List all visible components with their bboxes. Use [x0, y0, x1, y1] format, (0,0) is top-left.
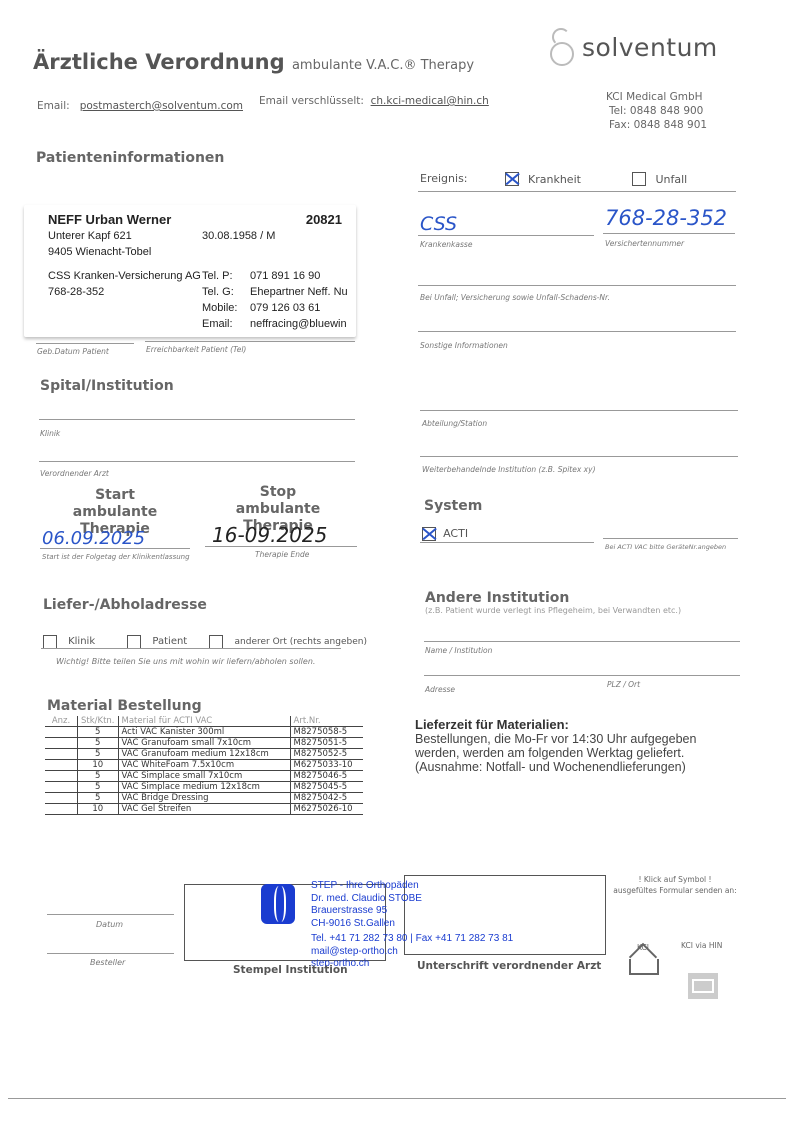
material-row-anz[interactable] — [45, 771, 78, 782]
delivery-time-line3: (Ausnahme: Notfall- und Wochenendlieferu… — [415, 760, 696, 774]
material-row-name: VAC Simplace medium 12x18cm — [118, 782, 290, 793]
other-address-line — [424, 675, 740, 676]
delivery-time-line2: werden, werden am folgenden Werktag geli… — [415, 746, 696, 760]
tel-p-value: 071 891 16 90 — [250, 270, 320, 282]
institution-section-title: Spital/Institution — [40, 378, 174, 394]
mobile-label: Mobile: — [202, 302, 237, 314]
material-row-name: VAC WhiteFoam 7.5x10cm — [118, 760, 290, 771]
patient-city: 9405 Wienacht-Tobel — [48, 246, 151, 258]
start-heading-line1: Start — [38, 487, 192, 504]
other-institution-hint: (z.B. Patient wurde verlegt ins Pflegehe… — [425, 606, 681, 615]
followup-caption: Weiterbehandelnde Institution (z.B. Spit… — [422, 465, 596, 474]
material-row-stk: 10 — [78, 804, 119, 815]
dob-line — [36, 343, 134, 344]
material-row-name: VAC Bridge Dressing — [118, 793, 290, 804]
material-row: 5VAC Simplace medium 12x18cmM8275045-5 — [45, 782, 363, 793]
material-row-anz[interactable] — [45, 804, 78, 815]
event-krankheit-checkbox[interactable] — [505, 172, 519, 186]
title-main: Ärztliche Verordnung — [33, 50, 285, 74]
material-row-stk: 5 — [78, 771, 119, 782]
send-hint-line2: ausgefültes Formular senden an: — [605, 885, 745, 896]
other-name-line — [424, 641, 740, 642]
material-row-stk: 5 — [78, 793, 119, 804]
delivery-address-section-title: Liefer-/Abholadresse — [43, 597, 207, 613]
material-row-stk: 5 — [78, 738, 119, 749]
signature-caption: Unterschrift verordnender Arzt — [417, 960, 601, 972]
insured-no-caption: Versichertennummer — [605, 239, 684, 248]
material-row: 10VAC WhiteFoam 7.5x10cmM6275033-10 — [45, 760, 363, 771]
company-info: KCI Medical GmbH Tel: 0848 848 900 Fax: … — [606, 90, 707, 132]
insurer-caption: Krankenkasse — [420, 240, 472, 249]
patient-email-value: neffracing@bluewin — [250, 318, 350, 330]
email-link[interactable]: postmasterch@solventum.com — [80, 100, 243, 112]
material-row: 10VAC Gel StreifenM6275026-10 — [45, 804, 363, 815]
event-row: Ereignis: Krankheit Unfall — [420, 172, 687, 186]
form-title: Ärztliche Verordnung ambulante V.A.C.® T… — [33, 50, 474, 74]
start-date-caption: Start ist der Folgetag der Klinikentlass… — [42, 553, 190, 561]
email-label: Email: — [37, 100, 70, 112]
material-row-art-nr: M6275026-10 — [290, 804, 363, 815]
patient-email-label: Email: — [202, 318, 233, 330]
start-date-line — [40, 548, 190, 549]
delivery-address-line — [41, 648, 341, 649]
email-enc-link[interactable]: ch.kci-medical@hin.ch — [371, 95, 489, 107]
accident-line — [418, 285, 736, 286]
material-table: Anz. Stk/Ktn. Material für ACTI VAC Art.… — [45, 716, 363, 815]
delivery-patient-label: Patient — [152, 636, 187, 647]
col-material: Material für ACTI VAC — [118, 716, 290, 727]
send-kci-hin-label: KCI via HIN — [681, 941, 722, 950]
stamp-line-3: Brauerstrasse 95 — [311, 905, 513, 918]
delivery-other-checkbox[interactable] — [209, 635, 223, 649]
stamp-line-2: Dr. med. Claudio STOBE — [311, 893, 513, 906]
material-row: 5VAC Granufoam medium 12x18cmM8275052-5 — [45, 749, 363, 760]
material-row-name: VAC Granufoam small 7x10cm — [118, 738, 290, 749]
other-info-caption: Sonstige Informationen — [420, 341, 508, 350]
doctor-caption: Verordnender Arzt — [40, 469, 109, 478]
material-row-anz[interactable] — [45, 760, 78, 771]
material-row-anz[interactable] — [45, 749, 78, 760]
stop-date-handwritten[interactable]: 16-09.2025 — [212, 523, 327, 547]
other-info-line — [418, 331, 736, 332]
material-row-art-nr: M8275046-5 — [290, 771, 363, 782]
doctor-line — [39, 461, 355, 462]
other-institution-section-title: Andere Institution — [425, 590, 569, 606]
material-row-art-nr: M8275045-5 — [290, 782, 363, 793]
system-acti-option: ACTI — [422, 523, 468, 542]
material-row: 5Acti VAC Kanister 300mlM8275058-5 — [45, 727, 363, 738]
patient-name: NEFF Urban Werner — [48, 212, 171, 227]
delivery-klinik-checkbox[interactable] — [43, 635, 57, 649]
clinic-caption: Klinik — [40, 429, 60, 438]
stamp-line-4: CH-9016 St.Gallen — [311, 918, 513, 931]
send-kci-label: KCI — [637, 943, 649, 952]
reach-caption: Erreichbarkeit Patient (Tel) — [146, 345, 246, 354]
material-section-title: Material Bestellung — [47, 698, 202, 714]
institution-stamp: STEP - Ihre Orthopäden Dr. med. Claudio … — [311, 880, 513, 971]
material-table-header: Anz. Stk/Ktn. Material für ACTI VAC Art.… — [45, 716, 363, 727]
material-row-anz[interactable] — [45, 782, 78, 793]
envelope-hin-icon — [688, 973, 718, 999]
company-tel: Tel: 0848 848 900 — [606, 104, 707, 118]
material-row-name: VAC Gel Streifen — [118, 804, 290, 815]
send-kci-button[interactable] — [629, 949, 659, 975]
system-line-left — [420, 542, 594, 543]
accident-caption: Bei Unfall; Versicherung sowie Unfall-Sc… — [420, 293, 610, 302]
material-row-art-nr: M6275033-10 — [290, 760, 363, 771]
insurer-handwritten[interactable]: CSS — [420, 213, 457, 235]
patient-label-card: NEFF Urban Werner 20821 Unterer Kapf 621… — [24, 205, 356, 337]
date-caption: Datum — [96, 920, 123, 929]
event-unfall-label: Unfall — [655, 173, 687, 186]
col-stk: Stk/Ktn. — [78, 716, 119, 727]
send-kci-hin-button[interactable] — [688, 973, 718, 999]
device-number-caption: Bei ACTI VAC bitte GeräteNr.angeben — [605, 543, 726, 551]
patient-street: Unterer Kapf 621 — [48, 230, 132, 242]
col-art: Art.Nr. — [290, 716, 363, 727]
delivery-address-note: Wichtig! Bitte teilen Sie uns mit wohin … — [56, 657, 315, 666]
material-row-art-nr: M8275052-5 — [290, 749, 363, 760]
email-encrypted-row: Email verschlüsselt: ch.kci-medical@hin.… — [259, 95, 489, 107]
system-section-title: System — [424, 498, 482, 514]
patient-dob-sex: 30.08.1958 / M — [202, 230, 275, 242]
company-fax: Fax: 0848 848 901 — [606, 118, 707, 132]
clinic-line — [39, 419, 355, 420]
logo-text: solventum — [582, 33, 718, 62]
email-enc-label: Email verschlüsselt: — [259, 95, 364, 107]
event-label: Ereignis: — [420, 172, 468, 185]
material-row: 5VAC Simplace small 7x10cmM8275046-5 — [45, 771, 363, 782]
insured-no-line — [603, 233, 735, 234]
system-acti-label: ACTI — [443, 527, 468, 540]
other-address-caption: Adresse — [425, 685, 455, 694]
send-hint-line1: ! Klick auf Symbol ! — [605, 874, 745, 885]
envelope-open-icon — [629, 959, 659, 975]
tel-p-label: Tel. P: — [202, 270, 233, 282]
other-zip-caption: PLZ / Ort — [607, 680, 640, 689]
start-date-handwritten[interactable]: 06.09.2025 — [42, 528, 145, 549]
stop-date-caption: Therapie Ende — [255, 550, 309, 559]
material-row-art-nr: M8275058-5 — [290, 727, 363, 738]
stamp-line-5: Tel. +41 71 282 73 80 | Fax +41 71 282 7… — [311, 933, 513, 946]
step-logo-icon — [261, 884, 295, 924]
solventum-logo: solventum — [548, 28, 718, 66]
delivery-other-label: anderer Ort (rechts angeben) — [235, 637, 367, 647]
stop-heading-line1: Stop — [200, 484, 356, 501]
mobile-value: 079 126 03 61 — [250, 302, 320, 314]
other-name-caption: Name / Institution — [425, 646, 492, 655]
delivery-time-line1: Bestellungen, die Mo-Fr vor 14:30 Uhr au… — [415, 732, 696, 746]
send-hint: ! Klick auf Symbol ! ausgefültes Formula… — [605, 874, 745, 896]
material-row-art-nr: M8275042-5 — [290, 793, 363, 804]
event-krankheit-label: Krankheit — [528, 173, 581, 186]
date-line — [47, 914, 174, 915]
tel-g-value: Ehepartner Neff. Nu — [250, 286, 350, 298]
solventum-logo-icon — [548, 28, 574, 66]
orderer-line — [47, 953, 174, 954]
event-line — [418, 191, 736, 192]
patient-section-title: Patienteninformationen — [36, 150, 224, 166]
system-line-right — [603, 538, 738, 539]
material-row-art-nr: M8275051-5 — [290, 738, 363, 749]
material-row-anz[interactable] — [45, 793, 78, 804]
followup-line — [420, 456, 738, 457]
department-line — [420, 410, 738, 411]
material-row-name: VAC Granufoam medium 12x18cm — [118, 749, 290, 760]
system-acti-checkbox[interactable] — [422, 527, 436, 541]
title-subtitle: ambulante V.A.C.® Therapy — [292, 58, 474, 73]
insured-no-handwritten[interactable]: 768-28-352 — [605, 206, 727, 230]
insurer-line — [418, 235, 594, 236]
material-row-stk: 5 — [78, 749, 119, 760]
col-anz: Anz. — [45, 716, 78, 727]
material-row-anz[interactable] — [45, 727, 78, 738]
orderer-caption: Besteller — [90, 958, 125, 967]
email-row: Email: postmasterch@solventum.com — [37, 100, 243, 112]
department-caption: Abteilung/Station — [422, 419, 487, 428]
delivery-klinik-label: Klinik — [68, 636, 95, 647]
material-row-name: Acti VAC Kanister 300ml — [118, 727, 290, 738]
delivery-time-info: Lieferzeit für Materialien: Bestellungen… — [415, 718, 696, 774]
dob-caption: Geb.Datum Patient — [37, 347, 109, 356]
material-row-stk: 5 — [78, 727, 119, 738]
stamp-line-1: STEP - Ihre Orthopäden — [311, 880, 513, 893]
company-name: KCI Medical GmbH — [606, 90, 707, 104]
material-row-stk: 5 — [78, 782, 119, 793]
stamp-line-6: mail@step-ortho.ch — [311, 946, 513, 959]
material-row-anz[interactable] — [45, 738, 78, 749]
material-row-name: VAC Simplace small 7x10cm — [118, 771, 290, 782]
material-row: 5VAC Bridge DressingM8275042-5 — [45, 793, 363, 804]
patient-insurer: CSS Kranken-Versicherung AG — [48, 270, 203, 282]
material-row: 5VAC Granufoam small 7x10cmM8275051-5 — [45, 738, 363, 749]
reach-line — [145, 341, 355, 342]
stop-date-line — [205, 546, 357, 547]
tel-g-label: Tel. G: — [202, 286, 234, 298]
material-row-stk: 10 — [78, 760, 119, 771]
event-unfall-checkbox[interactable] — [632, 172, 646, 186]
delivery-time-title: Lieferzeit für Materialien: — [415, 717, 569, 732]
patient-id: 20821 — [306, 212, 342, 227]
stamp-caption: Stempel Institution — [233, 964, 348, 976]
patient-insurance-no: 768-28-352 — [48, 286, 104, 298]
delivery-patient-checkbox[interactable] — [127, 635, 141, 649]
footer-line — [8, 1098, 786, 1099]
